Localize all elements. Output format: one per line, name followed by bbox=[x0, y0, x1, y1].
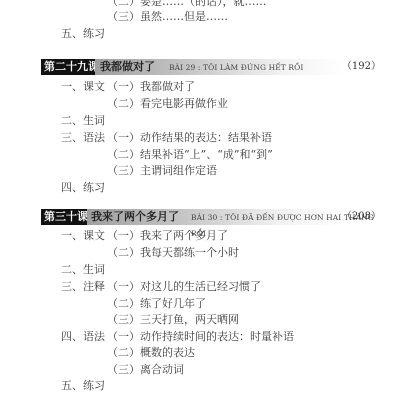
toc-section: 二、生词 bbox=[61, 114, 105, 128]
toc-section: 四、练习 bbox=[61, 181, 105, 195]
lesson-number: 第二十九课 bbox=[41, 59, 102, 75]
toc-subitem: （二）看完电影再做作业 bbox=[107, 97, 228, 111]
toc-section: 二、生词 bbox=[61, 263, 105, 277]
toc-subitem: （一）动作持续时间的表达：时量补语 bbox=[107, 330, 294, 344]
toc-section: 三、注释 bbox=[61, 280, 105, 294]
toc-subitem: （一）对这儿的生活已经习惯了 bbox=[107, 280, 261, 294]
toc-subitem: （二）我每天都练一个小时 bbox=[107, 246, 239, 260]
page-number: （208） bbox=[342, 209, 381, 225]
toc-subitem: （一）我来了两个多月了 bbox=[107, 229, 228, 243]
lesson-title-vn: BÀI 29 : TÔI LÀM ĐÚNG HẾT RỒI bbox=[169, 60, 303, 76]
lesson-title-cn: 我都做对了 bbox=[100, 59, 155, 75]
lesson-title-cn: 我来了两个多月了 bbox=[91, 209, 179, 225]
toc-section: 三、语法 bbox=[61, 131, 105, 145]
toc-subitem: （一）我都做对了 bbox=[107, 80, 195, 94]
toc-subitem: （三）主谓词组作定语 bbox=[107, 164, 217, 178]
toc-section: 五、练习 bbox=[61, 27, 105, 41]
toc-section: 五、练习 bbox=[61, 379, 105, 393]
toc-section: 四、语法 bbox=[61, 330, 105, 344]
toc-subitem: （三）虽然……但是…… bbox=[107, 10, 228, 24]
toc-subitem: （一）动作结果的表达：结果补语 bbox=[107, 131, 272, 145]
toc-subitem: （三）三天打鱼，两天晒网 bbox=[107, 313, 239, 327]
toc-section: 一、课文 bbox=[61, 229, 105, 243]
lesson-header-29[interactable]: 第二十九课 我都做对了 BÀI 29 : TÔI LÀM ĐÚNG HẾT RỒ… bbox=[41, 59, 381, 75]
toc-subitem: （二）练了好几年了 bbox=[107, 297, 206, 311]
lesson-number: 第三十课 bbox=[41, 209, 91, 225]
toc-subitem: （二）概数的表达 bbox=[107, 346, 195, 360]
toc-subitem: （二）要是……（的话），就…… bbox=[107, 0, 267, 9]
toc-subitem: （二）结果补语“上”、“成”和“到” bbox=[107, 148, 273, 162]
page-number: （192） bbox=[342, 59, 381, 75]
lesson-header-30[interactable]: 第三十课 我来了两个多月了 BÀI 30 : TÔI ĐÃ ĐẾN ĐƯỢC H… bbox=[41, 209, 381, 225]
toc-subitem: （三）离合动词 bbox=[107, 363, 184, 377]
toc-section: 一、课文 bbox=[61, 80, 105, 94]
